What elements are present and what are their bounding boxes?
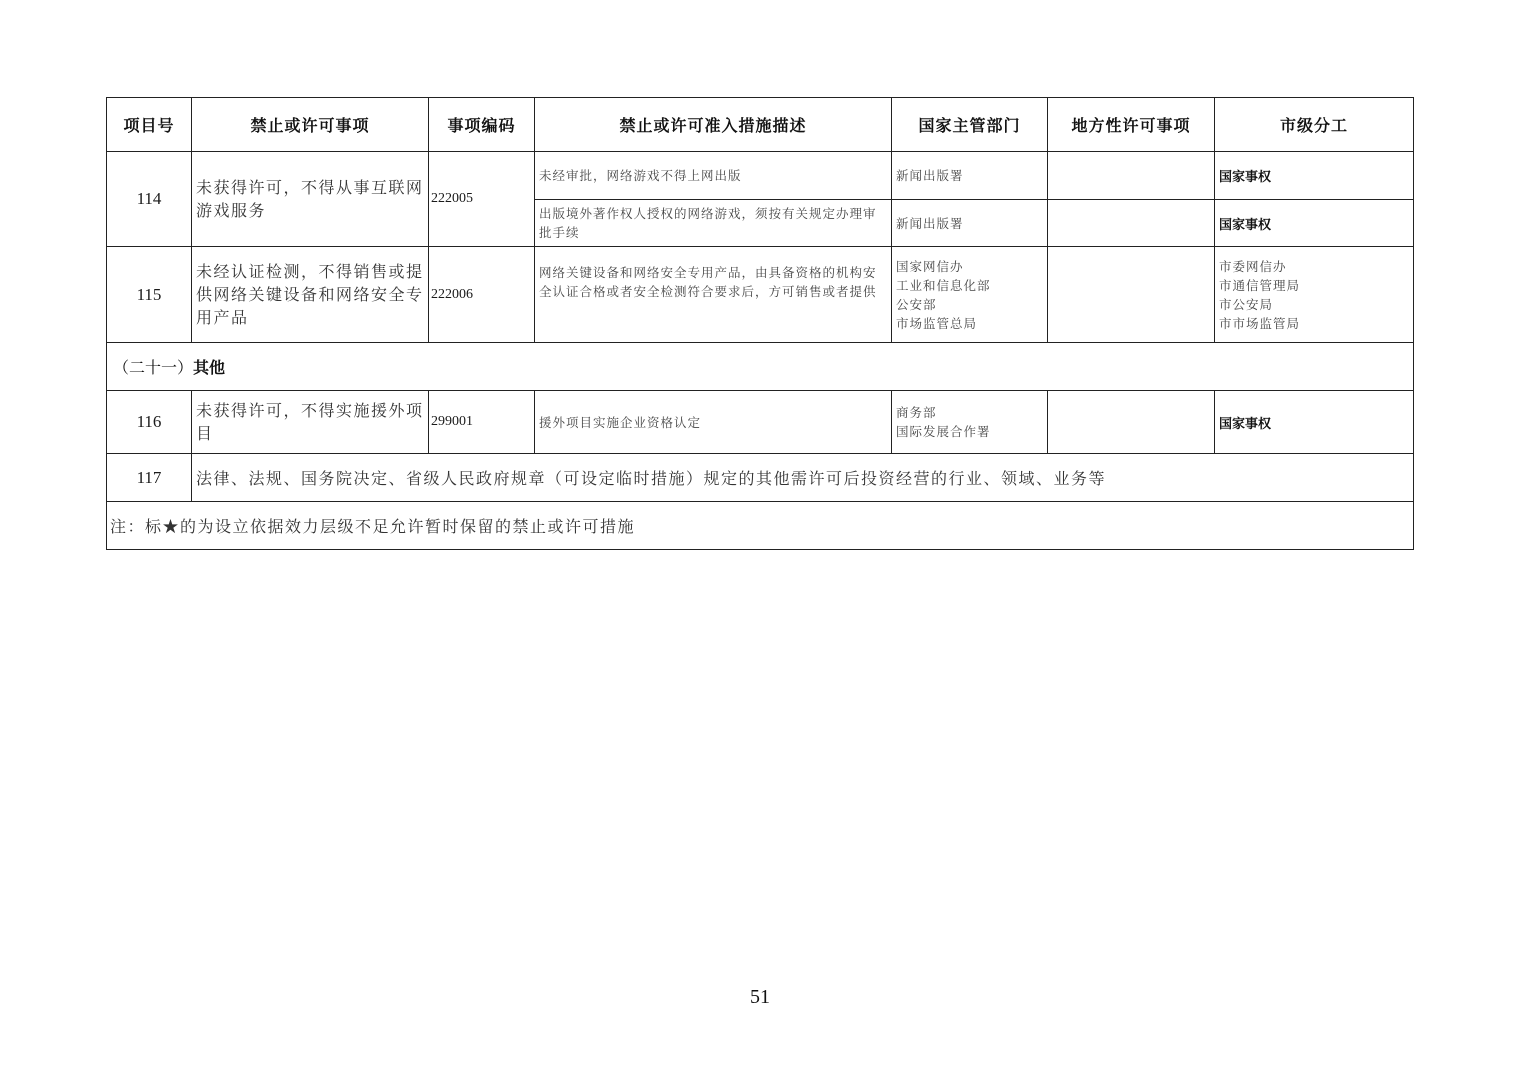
local-permit: [1048, 391, 1215, 454]
national-department: 国家网信办: [896, 257, 1043, 276]
local-permit: [1048, 152, 1215, 200]
city-division: 市通信管理局: [1219, 276, 1409, 295]
national-department: 商务部: [896, 403, 1043, 422]
header-description: 禁止或许可准入措施描述: [535, 98, 892, 152]
table-row: 115 未经认证检测，不得销售或提供网络关键设备和网络安全专用产品 222006…: [107, 247, 1414, 343]
city-division: 市市场监管局: [1219, 314, 1409, 333]
national-department: 新闻出版署: [892, 152, 1048, 200]
item-number: 114: [107, 152, 192, 247]
table-row: 117 法律、法规、国务院决定、省级人民政府规章（可设定临时措施）规定的其他需许…: [107, 454, 1414, 502]
header-row: 项目号 禁止或许可事项 事项编码 禁止或许可准入措施描述 国家主管部门 地方性许…: [107, 98, 1414, 152]
table-row: 116 未获得许可，不得实施援外项目 299001 援外项目实施企业资格认定 商…: [107, 391, 1414, 454]
measure-description: 援外项目实施企业资格认定: [535, 391, 892, 454]
national-department: 工业和信息化部: [896, 276, 1043, 295]
national-department-list: 国家网信办 工业和信息化部 公安部 市场监管总局: [892, 247, 1048, 343]
item-number: 117: [107, 454, 192, 502]
section-heading: （二十一）其他: [107, 343, 1414, 391]
measure-description: 出版境外著作权人授权的网络游戏，须按有关规定办理审批手续: [535, 200, 892, 247]
city-division: 市委网信办: [1219, 257, 1409, 276]
item-text: 法律、法规、国务院决定、省级人民政府规章（可设定临时措施）规定的其他需许可后投资…: [192, 454, 1414, 502]
header-item-number: 项目号: [107, 98, 192, 152]
header-city-division: 市级分工: [1215, 98, 1414, 152]
city-division: 国家事权: [1215, 200, 1414, 247]
item-code: 222006: [429, 247, 535, 343]
item-code: 299001: [429, 391, 535, 454]
item-number: 116: [107, 391, 192, 454]
local-permit: [1048, 200, 1215, 247]
local-permit: [1048, 247, 1215, 343]
permit-table: 项目号 禁止或许可事项 事项编码 禁止或许可准入措施描述 国家主管部门 地方性许…: [106, 97, 1414, 550]
note-row: 注：标★的为设立依据效力层级不足允许暂时保留的禁止或许可措施: [107, 502, 1414, 550]
item-name: 未经认证检测，不得销售或提供网络关键设备和网络安全专用产品: [192, 247, 429, 343]
section-prefix: （二十一）: [113, 358, 193, 377]
section-row: （二十一）其他: [107, 343, 1414, 391]
measure-description: 未经审批，网络游戏不得上网出版: [535, 152, 892, 200]
header-item: 禁止或许可事项: [192, 98, 429, 152]
table-note: 注：标★的为设立依据效力层级不足允许暂时保留的禁止或许可措施: [107, 502, 1414, 550]
page-number: 51: [0, 986, 1520, 1009]
national-department: 新闻出版署: [892, 200, 1048, 247]
city-division: 国家事权: [1215, 152, 1414, 200]
item-name: 未获得许可，不得从事互联网游戏服务: [192, 152, 429, 247]
city-division: 国家事权: [1215, 391, 1414, 454]
table-row: 114 未获得许可，不得从事互联网游戏服务 222005 未经审批，网络游戏不得…: [107, 152, 1414, 200]
national-department: 公安部: [896, 295, 1043, 314]
national-department: 市场监管总局: [896, 314, 1043, 333]
national-department: 国际发展合作署: [896, 422, 1043, 441]
header-national-department: 国家主管部门: [892, 98, 1048, 152]
header-code: 事项编码: [429, 98, 535, 152]
section-title: 其他: [193, 358, 225, 377]
item-code: 222005: [429, 152, 535, 247]
city-division: 市公安局: [1219, 295, 1409, 314]
item-number: 115: [107, 247, 192, 343]
national-department-list: 商务部 国际发展合作署: [892, 391, 1048, 454]
header-local-permit: 地方性许可事项: [1048, 98, 1215, 152]
city-division-list: 市委网信办 市通信管理局 市公安局 市市场监管局: [1215, 247, 1414, 343]
item-name: 未获得许可，不得实施援外项目: [192, 391, 429, 454]
measure-description: 网络关键设备和网络安全专用产品，由具备资格的机构安全认证合格或者安全检测符合要求…: [535, 247, 892, 343]
